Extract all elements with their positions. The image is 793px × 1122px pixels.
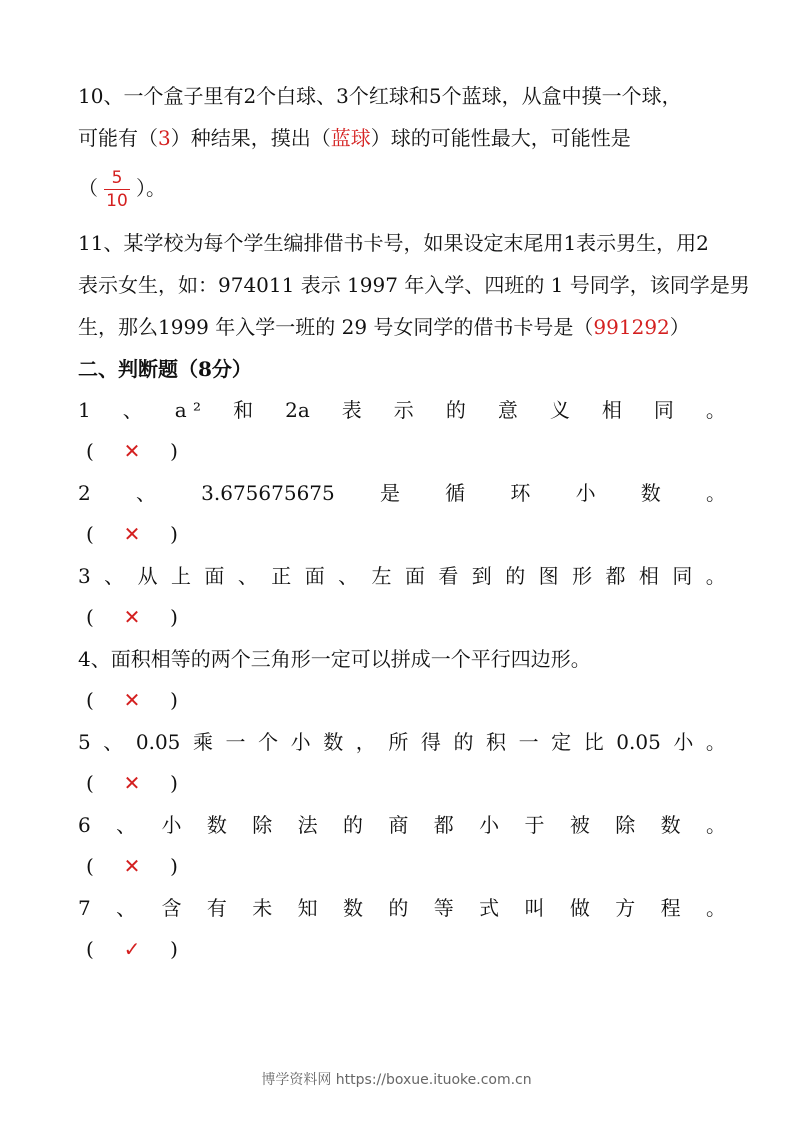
question-token: 方 (615, 894, 635, 922)
question-token: 小 (479, 811, 499, 839)
question-token: 0.05 (136, 728, 181, 756)
question-token: 4、面积相等的两个三角形一定可以拼成一个平行四边形。 (78, 647, 591, 671)
question-token: 环 (510, 479, 530, 507)
q10-answer-fraction: 510 (104, 168, 130, 211)
question-token: 。 (706, 562, 726, 590)
judgement-question-4: 4、面积相等的两个三角形一定可以拼成一个平行四边形。 (78, 645, 726, 673)
paren-open: ( (86, 437, 94, 465)
cross-mark-icon: ✕ (124, 437, 141, 465)
question-token: 等 (434, 894, 454, 922)
q10-answer-outcomes: 3 (158, 126, 171, 150)
q11-answer: 991292 (593, 315, 669, 339)
section-title: 二、判断题（8分） (78, 355, 726, 383)
question-token: 的 (505, 562, 525, 590)
question-token: 3 (78, 562, 91, 590)
question-token: 除 (252, 811, 272, 839)
paren-close: ) (170, 935, 178, 963)
question-token: 含 (161, 894, 181, 922)
cross-mark-icon: ✕ (124, 852, 141, 880)
q10-line2: 可能有（3）种结果，摸出（蓝球）球的可能性最大，可能性是 (78, 124, 726, 152)
question-token: 看 (438, 562, 458, 590)
question-token: 形 (572, 562, 592, 590)
question-token: ， (356, 728, 376, 756)
paren-close: ) (170, 852, 178, 880)
question-token: 5 (78, 728, 91, 756)
question-token: 个 (258, 728, 278, 756)
fraction-bar (104, 189, 130, 190)
cross-mark-icon: ✕ (124, 769, 141, 797)
question-token: 面 (305, 562, 325, 590)
judgement-answer-7: (✓) (78, 935, 726, 963)
paren-open: ( (86, 603, 94, 631)
judgement-answer-3: (✕) (78, 603, 726, 631)
question-token: 除 (615, 811, 635, 839)
question-token: 同 (654, 396, 674, 424)
question-token: 、 (116, 894, 136, 922)
fraction-numerator: 5 (112, 168, 123, 188)
question-token: 未 (252, 894, 272, 922)
judgement-answer-6: (✕) (78, 852, 726, 880)
question-token: 、 (103, 728, 123, 756)
check-mark-icon: ✓ (124, 935, 141, 963)
q11-text: ） (670, 315, 690, 339)
fraction-denominator: 10 (106, 191, 128, 211)
question-token: 得 (421, 728, 441, 756)
question-token: 、 (116, 811, 136, 839)
question-token: 相 (602, 396, 622, 424)
q10-line1: 10、一个盒子里有2个白球、3个红球和5个蓝球，从盒中摸一个球， (78, 82, 726, 110)
question-token: 是 (380, 479, 400, 507)
question-token: 到 (472, 562, 492, 590)
q11-text: 生，那么1999 年入学一班的 29 号女同学的借书卡号是（ (78, 315, 593, 339)
paren-close: ) (170, 603, 178, 631)
q11-line1: 11、某学校为每个学生编排借书卡号，如果设定末尾用1表示男生，用2 (78, 229, 726, 257)
question-token: 2 (78, 479, 91, 507)
question-token: 数 (661, 811, 681, 839)
question-token: 正 (271, 562, 291, 590)
q10-text: ）球的可能性最大，可能性是 (371, 126, 631, 150)
paren-close: ) (170, 686, 178, 714)
question-token: 、 (136, 479, 156, 507)
judgement-question-7: 7、含有未知数的等式叫做方程。 (78, 894, 726, 922)
question-token: 循 (445, 479, 465, 507)
question-token: 法 (298, 811, 318, 839)
question-token: 面 (405, 562, 425, 590)
question-token: 相 (639, 562, 659, 590)
question-token: 乘 (193, 728, 213, 756)
cross-mark-icon: ✕ (124, 520, 141, 548)
question-token: 小 (161, 811, 181, 839)
question-token: 商 (388, 811, 408, 839)
question-token: 示 (394, 396, 414, 424)
question-token: 、 (104, 562, 124, 590)
question-token: 、 (123, 396, 143, 424)
question-token: 的 (453, 728, 473, 756)
question-token: 面 (204, 562, 224, 590)
judgement-question-3: 3、从上面、正面、左面看到的图形都相同。 (78, 562, 726, 590)
question-token: 数 (641, 479, 661, 507)
judgement-answer-1: (✕) (78, 437, 726, 465)
question-token: 都 (434, 811, 454, 839)
question-token: 和 (233, 396, 253, 424)
judgement-question-6: 6、小数除法的商都小于被除数。 (78, 811, 726, 839)
question-token: 都 (605, 562, 625, 590)
question-token: 积 (486, 728, 506, 756)
question-token: 数 (343, 894, 363, 922)
paren-open: ( (86, 935, 94, 963)
question-token: 0.05 (616, 728, 661, 756)
question-token: 小 (576, 479, 596, 507)
q11-line3: 生，那么1999 年入学一班的 29 号女同学的借书卡号是（991292） (78, 313, 726, 341)
q10-answer-ball: 蓝球 (331, 126, 371, 150)
question-token: 、 (338, 562, 358, 590)
question-token: 有 (207, 894, 227, 922)
judgement-question-2: 2、3.675675675是循环小数。 (78, 479, 726, 507)
cross-mark-icon: ✕ (124, 686, 141, 714)
question-token: 做 (570, 894, 590, 922)
judgement-answer-4: (✕) (78, 686, 726, 714)
question-token: 叫 (524, 894, 544, 922)
question-token: 的 (343, 811, 363, 839)
question-token: 一 (226, 728, 246, 756)
question-token: 图 (539, 562, 559, 590)
question-token: 7 (78, 894, 91, 922)
question-token: 1 (78, 396, 91, 424)
question-token: a ² (175, 396, 201, 424)
question-token: 数 (207, 811, 227, 839)
paren-close: ) (170, 437, 178, 465)
paren-open: ( (86, 769, 94, 797)
question-token: 。 (706, 894, 726, 922)
question-token: 3.675675675 (201, 479, 335, 507)
paren-close: ) (170, 520, 178, 548)
judgement-question-1: 1、a ²和2a表示的意义相同。 (78, 396, 726, 424)
question-token: 表 (342, 396, 362, 424)
question-token: 知 (298, 894, 318, 922)
question-token: 一 (519, 728, 539, 756)
question-token: 于 (524, 811, 544, 839)
question-token: 比 (584, 728, 604, 756)
q10-line3: （510）。 (78, 166, 726, 211)
question-token: 。 (706, 396, 726, 424)
question-token: 上 (171, 562, 191, 590)
question-token: 程 (661, 894, 681, 922)
paren-open: （ (78, 176, 98, 200)
question-token: 。 (706, 811, 726, 839)
question-token: 。 (706, 479, 726, 507)
question-token: 左 (372, 562, 392, 590)
question-token: 同 (672, 562, 692, 590)
question-token: 、 (238, 562, 258, 590)
question-token: 定 (551, 728, 571, 756)
paren-open: ( (86, 852, 94, 880)
paren-open: ( (86, 686, 94, 714)
question-token: 6 (78, 811, 91, 839)
question-token: 小 (291, 728, 311, 756)
judgement-answer-2: (✕) (78, 520, 726, 548)
question-token: 小 (673, 728, 693, 756)
judgement-answer-5: (✕) (78, 769, 726, 797)
question-token: 2a (285, 396, 310, 424)
paren-close: ) (170, 769, 178, 797)
q10-text: ）种结果，摸出（ (171, 126, 331, 150)
question-token: 意 (498, 396, 518, 424)
q10-text: 可能有（ (78, 126, 158, 150)
paren-close: ）。 (136, 176, 166, 200)
question-token: 所 (388, 728, 408, 756)
paren-open: ( (86, 520, 94, 548)
question-token: 式 (479, 894, 499, 922)
q11-line2: 表示女生，如：974011 表示 1997 年入学、四班的 1 号同学，该同学是… (78, 271, 726, 299)
question-token: 义 (550, 396, 570, 424)
judgement-question-5: 5、0.05乘一个小数，所得的积一定比0.05小。 (78, 728, 726, 756)
question-token: 数 (323, 728, 343, 756)
question-token: 。 (706, 728, 726, 756)
question-token: 被 (570, 811, 590, 839)
question-token: 的 (388, 894, 408, 922)
footer-watermark: 博学资料网 https://boxue.ituoke.com.cn (0, 1069, 793, 1089)
question-token: 从 (138, 562, 158, 590)
question-token: 的 (446, 396, 466, 424)
cross-mark-icon: ✕ (124, 603, 141, 631)
